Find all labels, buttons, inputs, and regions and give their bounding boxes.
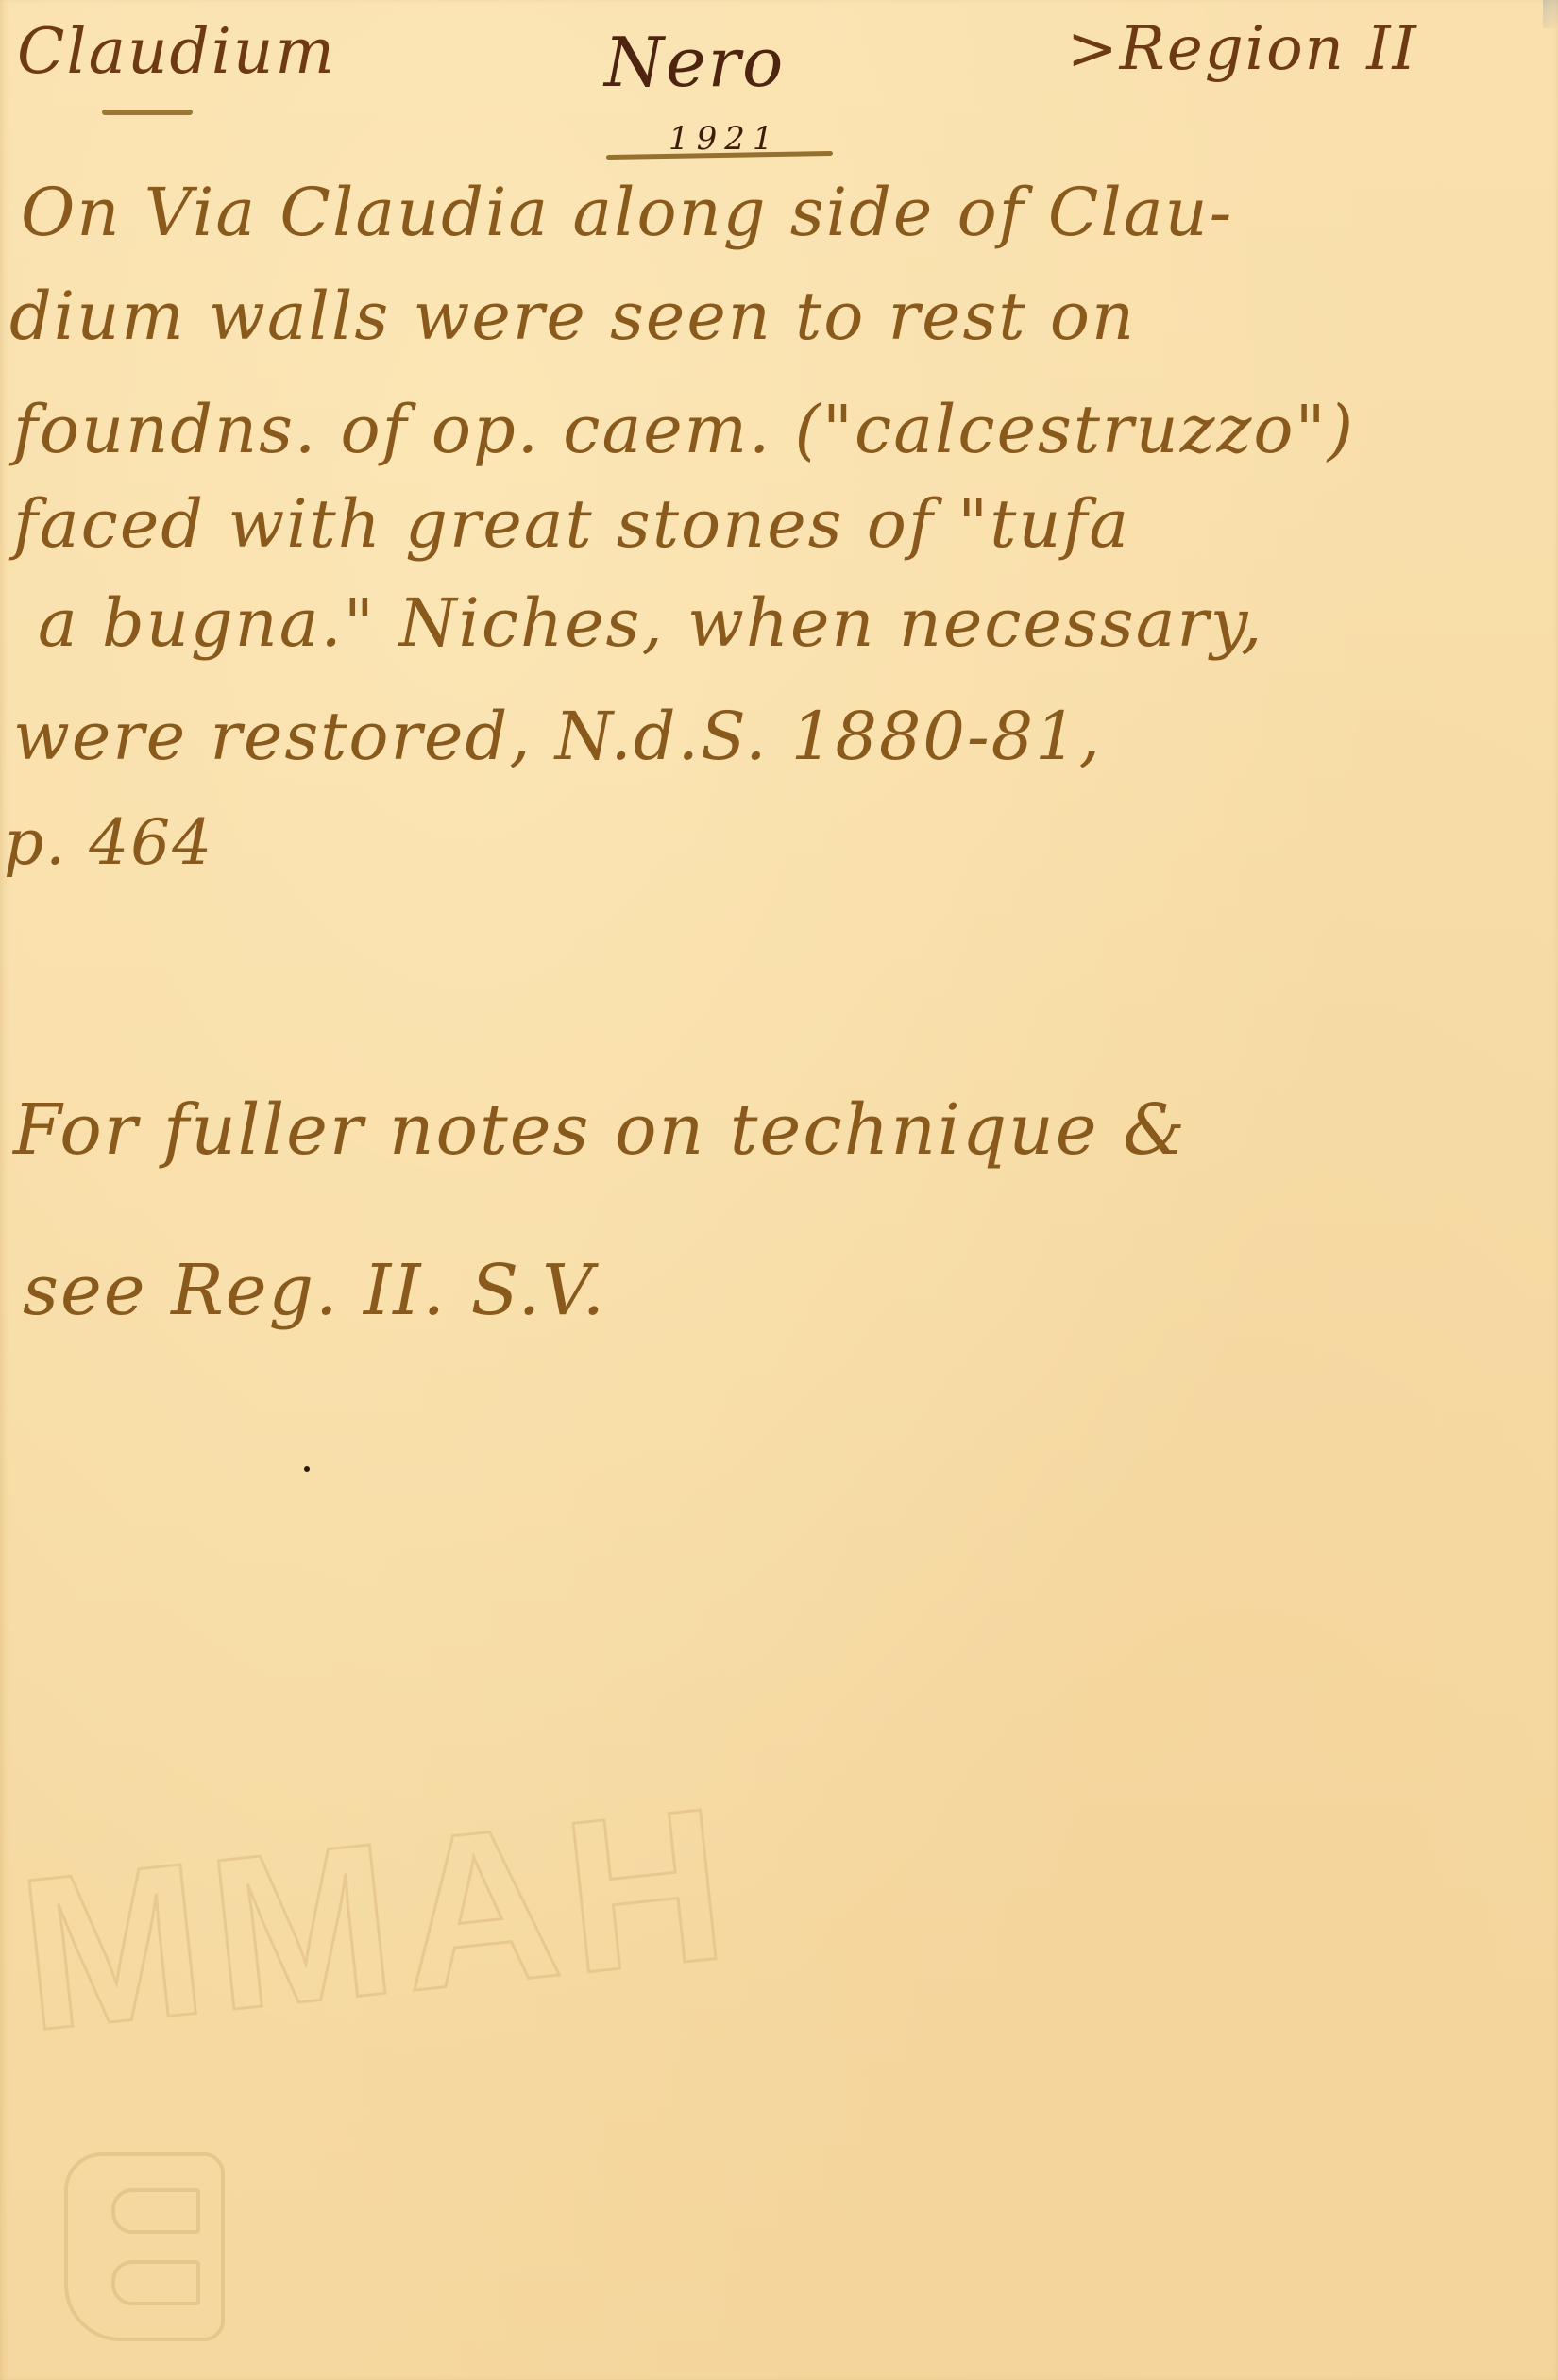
body-line-7: p. 464 (4, 812, 213, 874)
body-line-3: foundns. of op. caem. ("calcestruzzo") (13, 397, 1355, 463)
subject-underline (102, 110, 193, 115)
body-line-6: were restored, N.d.S. 1880-81, (13, 703, 1102, 769)
corner-wear (1543, 0, 1558, 28)
embossed-b-stamp-icon (64, 2152, 225, 2341)
card-year: 1921 (669, 123, 781, 155)
card-subject: Claudium (17, 21, 336, 83)
footer-note-line-2: see Reg. II. S.V. (23, 1256, 606, 1325)
body-line-5: a bugna." Niches, when necessary, (38, 590, 1263, 656)
ink-dot (304, 1466, 310, 1472)
card-region-reference: >Region II (1067, 19, 1418, 79)
body-line-2: dium walls were seen to rest on (9, 283, 1136, 349)
body-line-4: faced with great stones of "tufa (13, 491, 1130, 557)
embossed-watermark: MMAH (9, 1757, 745, 2081)
index-card: Claudium Nero 1921 >Region II On Via Cla… (0, 0, 1558, 2380)
card-emperor: Nero (604, 28, 785, 96)
body-line-1: On Via Claudia along side of Clau- (21, 179, 1233, 245)
footer-note-line-1: For fuller notes on technique & (13, 1095, 1187, 1165)
